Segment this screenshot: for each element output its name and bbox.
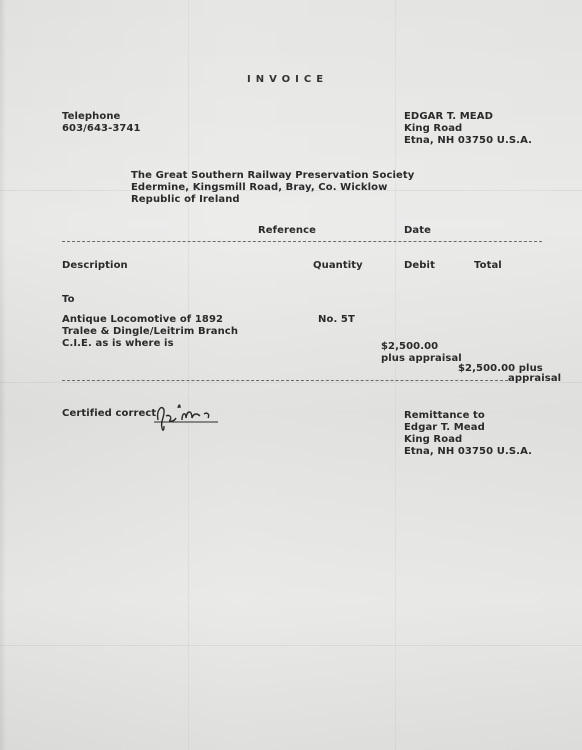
sender-name: EDGAR T. MEAD	[404, 111, 493, 123]
paper-fold	[188, 0, 189, 750]
column-quantity: Quantity	[313, 260, 363, 272]
remittance-street: King Road	[404, 434, 462, 446]
paper-fold	[395, 0, 396, 750]
item-description-line-1: Antique Locomotive of 1892	[62, 314, 223, 326]
recipient-name: The Great Southern Railway Preservation …	[131, 170, 414, 182]
paper-fold	[0, 645, 582, 646]
header-divider	[62, 241, 542, 242]
remittance-city: Etna, NH 03750 U.S.A.	[404, 446, 532, 458]
certified-label: Certified correct	[62, 408, 156, 420]
item-description-line-3: C.I.E. as is where is	[62, 338, 174, 350]
telephone-label: Telephone	[62, 111, 120, 123]
paper-fold	[0, 382, 582, 383]
item-quantity: No. 5T	[318, 314, 355, 326]
recipient-country: Republic of Ireland	[131, 194, 240, 206]
recipient-address: Edermine, Kingsmill Road, Bray, Co. Wick…	[131, 182, 387, 194]
column-description: Description	[62, 260, 128, 272]
debit-note: plus appraisal	[381, 353, 462, 365]
column-total: Total	[474, 260, 502, 272]
date-label: Date	[404, 225, 431, 237]
to-label: To	[62, 294, 75, 306]
invoice-title: INVOICE	[247, 74, 328, 85]
total-divider	[62, 380, 508, 381]
column-debit: Debit	[404, 260, 435, 272]
reference-label: Reference	[258, 225, 316, 237]
sender-city: Etna, NH 03750 U.S.A.	[404, 135, 532, 147]
signature-icon	[152, 400, 232, 436]
debit-amount: $2,500.00	[381, 341, 438, 353]
remittance-name: Edgar T. Mead	[404, 422, 485, 434]
item-description-line-2: Tralee & Dingle/Leitrim Branch	[62, 326, 238, 338]
remittance-label: Remittance to	[404, 410, 485, 422]
sender-street: King Road	[404, 123, 462, 135]
telephone-number: 603/643-3741	[62, 123, 141, 135]
total-note: appraisal	[508, 373, 561, 385]
